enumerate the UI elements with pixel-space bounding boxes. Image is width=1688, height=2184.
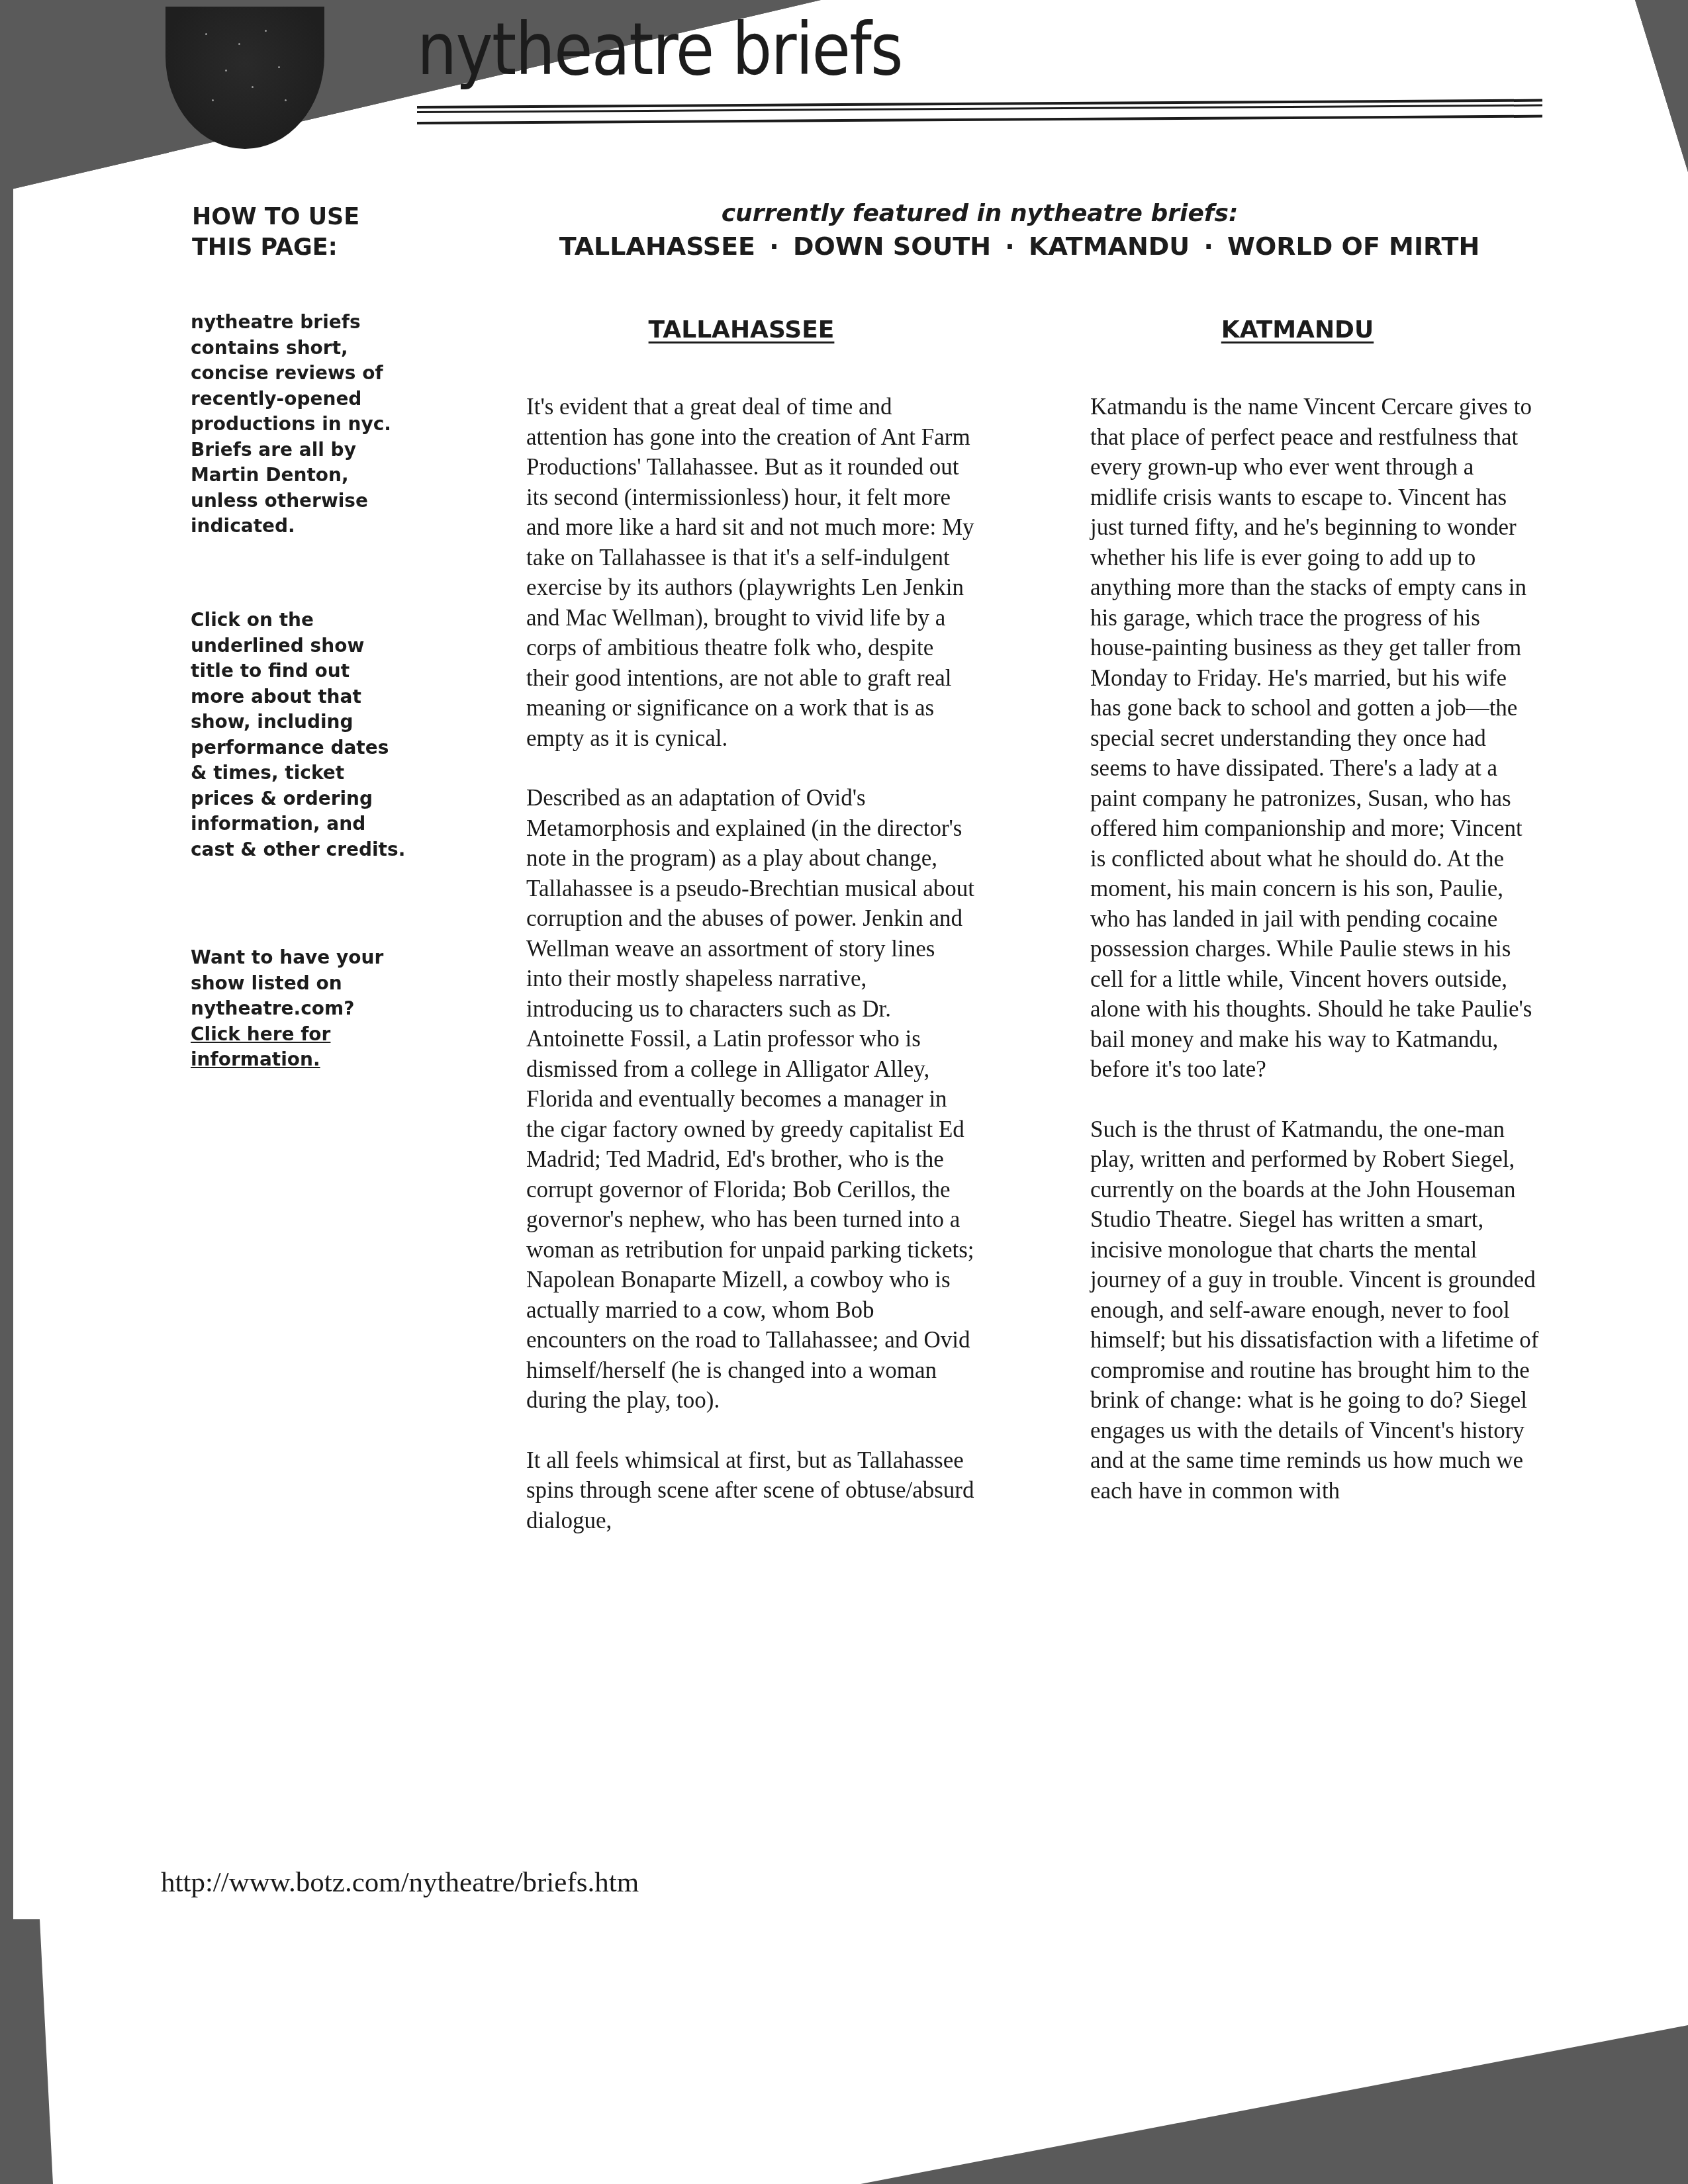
- how-to-use-heading: HOW TO USE THIS PAGE:: [192, 202, 404, 263]
- featured-link-down-south[interactable]: DOWN SOUTH: [793, 232, 991, 261]
- separator-dot: ·: [764, 232, 784, 261]
- featured-label: currently featured in nytheatre briefs:: [516, 200, 1443, 227]
- page-url-footer: http://www.botz.com/nytheatre/briefs.htm: [161, 1866, 639, 1899]
- sidebar-listing-cta: Want to have your show listed on nytheat…: [191, 945, 409, 1073]
- review-paragraph: Such is the thrust of Katmandu, the one-…: [1090, 1115, 1540, 1506]
- review-body-tallahassee: It's evident that a great deal of time a…: [526, 392, 976, 1565]
- masthead-title: nytheatre briefs: [417, 15, 902, 86]
- scan-border-left: [0, 0, 13, 2184]
- featured-link-world-of-mirth[interactable]: WORLD OF MIRTH: [1227, 232, 1479, 261]
- review-body-katmandu: Katmandu is the name Vincent Cercare giv…: [1090, 392, 1540, 1535]
- featured-shows-list: TALLAHASSEE · DOWN SOUTH · KATMANDU · WO…: [516, 232, 1523, 261]
- listing-info-link[interactable]: Click here for information.: [191, 1023, 330, 1071]
- featured-link-katmandu[interactable]: KATMANDU: [1029, 232, 1190, 261]
- separator-dot: ·: [1000, 232, 1019, 261]
- review-paragraph: It all feels whimsical at first, but as …: [526, 1445, 976, 1536]
- featured-link-tallahassee[interactable]: TALLAHASSEE: [559, 232, 755, 261]
- review-paragraph: Described as an adaptation of Ovid's Met…: [526, 783, 976, 1416]
- sidebar-instructions-text: Click on the underlined show title to fi…: [191, 608, 409, 862]
- separator-dot: ·: [1198, 232, 1218, 261]
- sidebar-listing-question: Want to have your show listed on nytheat…: [191, 946, 383, 1019]
- sidebar-intro-text: nytheatre briefs contains short, concise…: [191, 310, 409, 539]
- review-title-tallahassee[interactable]: TALLAHASSEE: [530, 316, 953, 343]
- review-title-katmandu[interactable]: KATMANDU: [1086, 316, 1509, 343]
- review-paragraph: Katmandu is the name Vincent Cercare giv…: [1090, 392, 1540, 1085]
- review-paragraph: It's evident that a great deal of time a…: [526, 392, 976, 753]
